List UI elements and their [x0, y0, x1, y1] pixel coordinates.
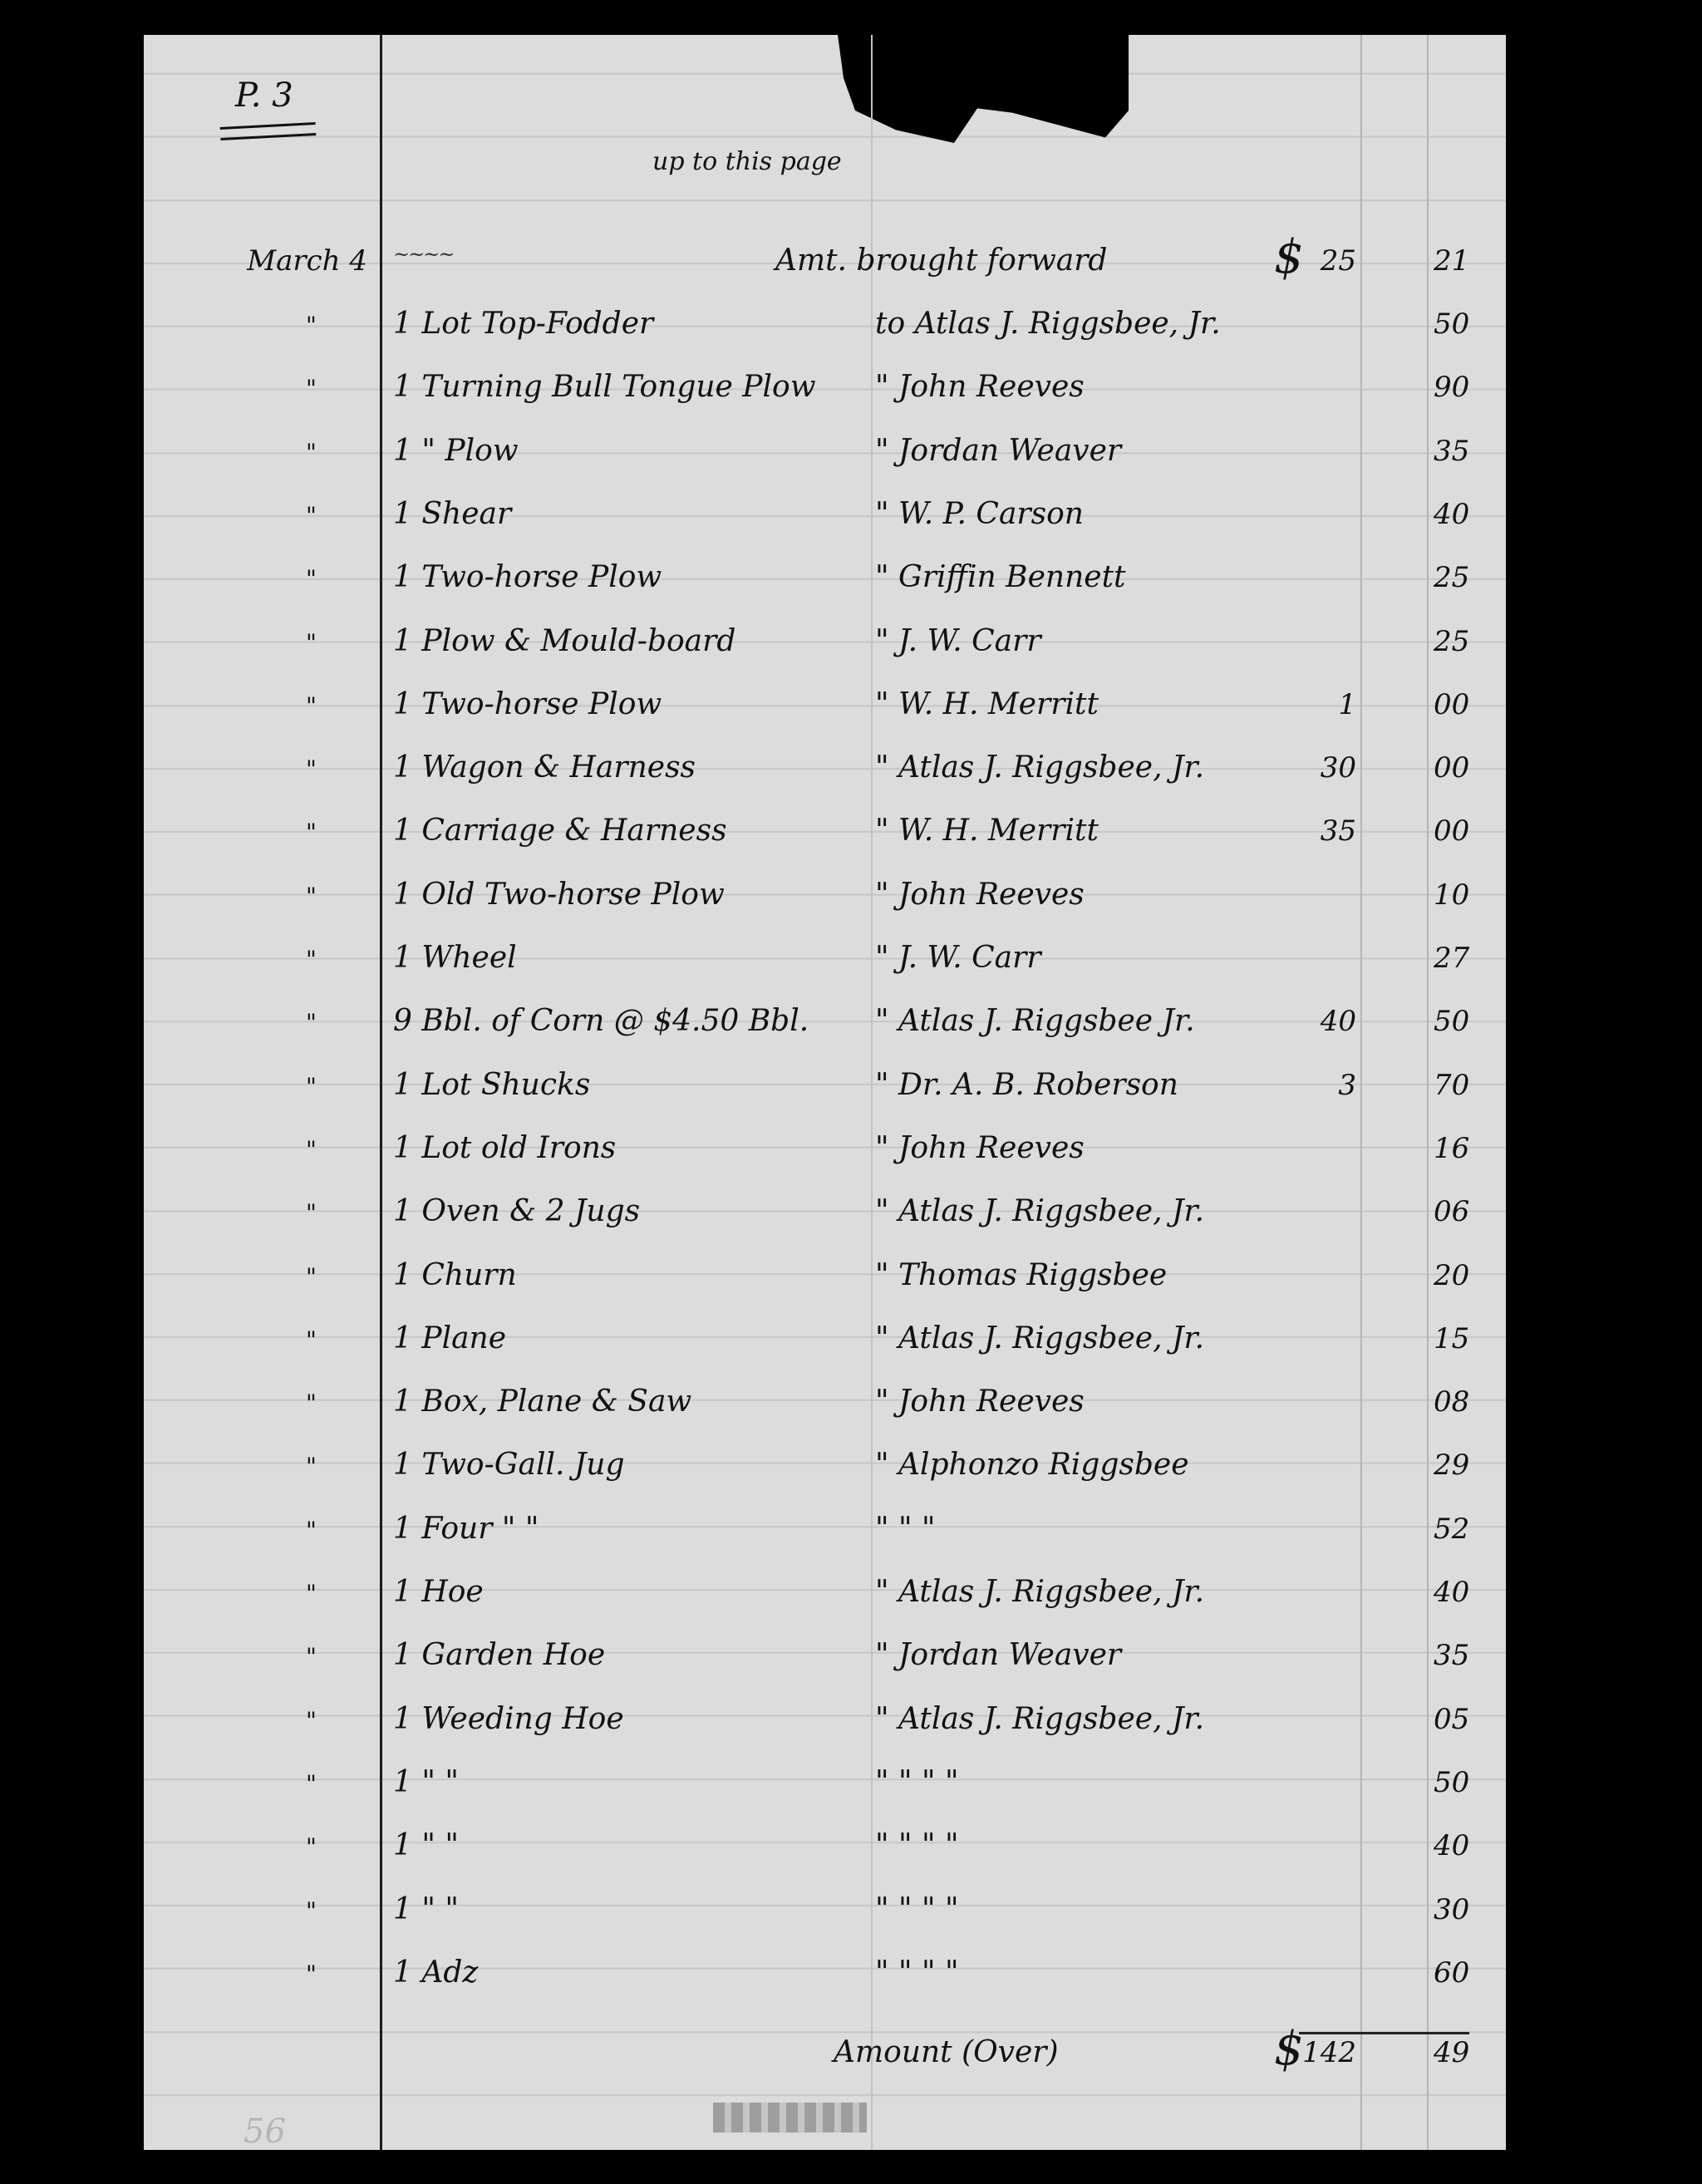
entry-item: 1 " " — [393, 1765, 459, 1799]
entry-dollars: 35 — [1321, 814, 1356, 848]
entry-cents: 70 — [1434, 1069, 1469, 1102]
entry-item: 1 Plane — [393, 1321, 506, 1355]
entry-date-ditto: " — [306, 312, 317, 339]
entry-cents: 20 — [1434, 1259, 1469, 1292]
entry-item: 1 Lot old Irons — [393, 1131, 616, 1165]
entry-item: 1 Plow & Mould-board — [393, 624, 735, 658]
entry-date: March 4 — [247, 244, 367, 278]
entry-cents: 27 — [1434, 942, 1469, 975]
ledger-row: " 1 Old Two-horse Plow " John Reeves 10 — [144, 855, 1506, 918]
ledger-row: " 1 Weeding Hoe " Atlas J. Riggsbee, Jr.… — [144, 1680, 1506, 1743]
entry-date-ditto: " — [306, 1770, 317, 1798]
brought-forward-label: Amt. brought forward — [775, 243, 1107, 278]
entry-cents: 90 — [1434, 371, 1469, 404]
entry-item: 1 Box, Plane & Saw — [393, 1385, 691, 1419]
entry-item: 1 Garden Hoe — [393, 1638, 605, 1672]
entry-date-ditto: " — [306, 883, 317, 910]
entry-item: 1 Old Two-horse Plow — [393, 878, 725, 912]
ledger-row: " 1 Plow & Mould-board " J. W. Carr 25 — [144, 602, 1506, 665]
entry-buyer: " Atlas J. Riggsbee, Jr. — [875, 1575, 1204, 1609]
entry-buyer: " J. W. Carr — [875, 941, 1041, 975]
entry-buyer: " W. H. Merritt — [875, 687, 1099, 721]
entry-date-ditto: " — [306, 1833, 317, 1861]
entry-dollars: 30 — [1321, 751, 1356, 785]
entry-buyer: " John Reeves — [875, 1131, 1085, 1165]
total-cents: 49 — [1434, 2036, 1469, 2069]
entry-item: 1 Hoe — [393, 1575, 484, 1609]
entry-buyer: " " " " — [875, 1828, 959, 1862]
entry-buyer: " Atlas J. Riggsbee, Jr. — [875, 1702, 1204, 1736]
entry-date-ditto: " — [306, 375, 317, 402]
entry-item: 1 Lot Shucks — [393, 1068, 590, 1102]
entry-item: 9 Bbl. of Corn @ $4.50 Bbl. — [393, 1004, 809, 1038]
entry-date-ditto: " — [306, 502, 317, 529]
entry-item: 1 Turning Bull Tongue Plow — [393, 370, 816, 404]
brought-forward-row: March 4 ~~~~ Amt. brought forward $ 25 2… — [144, 221, 1506, 284]
entry-cents: 10 — [1434, 878, 1469, 912]
entry-date-ditto: " — [306, 1897, 317, 1925]
ledger-row: " 1 " Plow " Jordan Weaver 35 — [144, 411, 1506, 475]
entry-date-ditto: " — [306, 1073, 317, 1100]
entry-item: 1 Wheel — [393, 941, 517, 975]
entry-cents: 16 — [1434, 1132, 1469, 1165]
entry-date-ditto: " — [306, 1009, 317, 1036]
entry-cents: 50 — [1434, 1005, 1469, 1038]
entry-buyer: " " " " — [875, 1765, 959, 1799]
entry-buyer: " W. P. Carson — [875, 497, 1084, 531]
page-label: P. 3 — [235, 76, 293, 115]
ledger-row: " 1 Wheel " J. W. Carr 27 — [144, 918, 1506, 981]
entry-date-ditto: " — [306, 1326, 317, 1354]
amount-dollars: 25 — [1321, 244, 1356, 278]
entry-dollars: 40 — [1321, 1005, 1356, 1038]
entry-date-ditto: " — [306, 565, 317, 593]
entry-cents: 40 — [1434, 498, 1469, 531]
ledger-row: " 1 Shear " W. P. Carson 40 — [144, 475, 1506, 538]
entry-date-ditto: " — [306, 1199, 317, 1227]
ledger-row: " 1 Churn " Thomas Riggsbee 20 — [144, 1236, 1506, 1299]
entry-buyer: " " " " — [875, 1892, 959, 1926]
total-dollars: 142 — [1302, 2036, 1356, 2069]
entry-buyer: " Dr. A. B. Roberson — [875, 1068, 1178, 1102]
ledger-row: " 1 Plane " Atlas J. Riggsbee, Jr. 15 — [144, 1299, 1506, 1362]
entry-item: 1 Adz — [393, 1955, 478, 1990]
entry-cents: 40 — [1434, 1576, 1469, 1609]
entry-item: 1 Churn — [393, 1258, 517, 1292]
entry-buyer: " John Reeves — [875, 370, 1085, 404]
entry-cents: 35 — [1434, 435, 1469, 468]
ledger-row: " 1 Four " " " " " 52 — [144, 1489, 1506, 1552]
entry-buyer: " " " — [875, 1512, 936, 1546]
entry-cents: 06 — [1434, 1195, 1469, 1228]
entry-item: 1 Two-horse Plow — [393, 560, 662, 594]
entry-cents: 30 — [1434, 1893, 1469, 1926]
entry-dollars: 3 — [1338, 1069, 1356, 1102]
entry-item: 1 Lot Top-Fodder — [393, 307, 653, 341]
entry-item: 1 " Plow — [393, 434, 519, 468]
torn-hole — [838, 35, 1129, 143]
dollar-sign-icon: $ — [1274, 230, 1304, 284]
ledger-row: " 1 Two-Gall. Jug " Alphonzo Riggsbee 29 — [144, 1425, 1506, 1488]
entry-cents: 60 — [1434, 1956, 1469, 1990]
entry-buyer: " " " " — [875, 1955, 959, 1990]
entry-buyer: " John Reeves — [875, 878, 1085, 912]
entry-date-ditto: " — [306, 1580, 317, 1607]
entry-date-ditto: " — [306, 1136, 317, 1163]
entry-buyer: " Alphonzo Riggsbee — [875, 1448, 1189, 1482]
entry-item: 1 Wagon & Harness — [393, 750, 696, 785]
entry-item: 1 Four " " — [393, 1512, 539, 1546]
ledger-row: " 1 Lot Shucks " Dr. A. B. Roberson 3 70 — [144, 1045, 1506, 1109]
entry-cents: 00 — [1434, 688, 1469, 721]
ledger-row: " 1 Wagon & Harness " Atlas J. Riggsbee,… — [144, 728, 1506, 791]
entry-date-ditto: " — [306, 1643, 317, 1670]
margin-pencil-note: 56 — [243, 2113, 286, 2151]
entry-date-ditto: " — [306, 629, 317, 657]
entry-date-ditto: " — [306, 946, 317, 973]
archive-stamp — [713, 2103, 867, 2132]
entry-date-ditto: " — [306, 439, 317, 466]
ledger-row: " 1 " " " " " " 40 — [144, 1806, 1506, 1869]
ledger-row: " 1 Hoe " Atlas J. Riggsbee, Jr. 40 — [144, 1552, 1506, 1616]
entry-date-ditto: " — [306, 755, 317, 783]
entry-cents: 50 — [1434, 307, 1469, 341]
ledger-row: " 1 " " " " " " 50 — [144, 1743, 1506, 1806]
entry-buyer: " Jordan Weaver — [875, 1638, 1121, 1672]
entry-item: 1 Carriage & Harness — [393, 814, 727, 848]
entry-buyer: " John Reeves — [875, 1385, 1085, 1419]
entry-date-ditto: " — [306, 1390, 317, 1417]
page-note: up to this page — [652, 147, 842, 176]
entry-buyer: " Atlas J. Riggsbee Jr. — [875, 1004, 1195, 1038]
entry-cents: 50 — [1434, 1766, 1469, 1799]
ledger-row: " 1 Box, Plane & Saw " John Reeves 08 — [144, 1362, 1506, 1425]
entry-date-ditto: " — [306, 819, 317, 846]
entry-cents: 00 — [1434, 751, 1469, 785]
ledger-row: " 1 Garden Hoe " Jordan Weaver 35 — [144, 1616, 1506, 1679]
entry-buyer: " Atlas J. Riggsbee, Jr. — [875, 1321, 1204, 1355]
ledger-row: " 1 Lot old Irons " John Reeves 16 — [144, 1109, 1506, 1172]
entry-date-ditto: " — [306, 1960, 317, 1988]
entry-item: 1 Oven & 2 Jugs — [393, 1194, 640, 1228]
entry-buyer: " Atlas J. Riggsbee, Jr. — [875, 1194, 1204, 1228]
ledger-row: " 1 Carriage & Harness " W. H. Merritt 3… — [144, 791, 1506, 854]
entry-item: 1 " " — [393, 1892, 459, 1926]
entry-buyer: " Thomas Riggsbee — [875, 1258, 1167, 1292]
ledger-page: P. 3 up to this page March 4 ~~~~ Amt. b… — [144, 35, 1506, 2150]
entry-date-ditto: " — [306, 1453, 317, 1480]
dash-filler: ~~~~ — [393, 243, 453, 266]
ledger-row: " 1 Two-horse Plow " W. H. Merritt 1 00 — [144, 665, 1506, 728]
dollar-sign-icon: $ — [1274, 2022, 1304, 2076]
entry-cents: 00 — [1434, 814, 1469, 848]
page-label-underline — [220, 122, 317, 140]
ledger-row: " 1 Two-horse Plow " Griffin Bennett 25 — [144, 538, 1506, 601]
amount-cents: 21 — [1434, 244, 1469, 278]
ledger-row: " 9 Bbl. of Corn @ $4.50 Bbl. " Atlas J.… — [144, 981, 1506, 1045]
entry-item: 1 Shear — [393, 497, 511, 531]
entry-cents: 08 — [1434, 1385, 1469, 1419]
entry-buyer: " Griffin Bennett — [875, 560, 1126, 594]
entry-cents: 29 — [1434, 1449, 1469, 1482]
entry-buyer: to Atlas J. Riggsbee, Jr. — [875, 307, 1221, 341]
entry-cents: 35 — [1434, 1639, 1469, 1672]
entry-date-ditto: " — [306, 1517, 317, 1544]
entry-item: 1 Weeding Hoe — [393, 1702, 624, 1736]
entry-cents: 40 — [1434, 1829, 1469, 1862]
entry-buyer: " Atlas J. Riggsbee, Jr. — [875, 750, 1204, 785]
ledger-row: " 1 " " " " " " 30 — [144, 1870, 1506, 1933]
ledger-row: " 1 Oven & 2 Jugs " Atlas J. Riggsbee, J… — [144, 1172, 1506, 1235]
entry-cents: 52 — [1434, 1513, 1469, 1546]
entry-cents: 15 — [1434, 1322, 1469, 1355]
entry-date-ditto: " — [306, 692, 317, 720]
total-row: Amount (Over) $ 142 49 — [144, 2013, 1506, 2076]
entry-item: 1 " " — [393, 1828, 459, 1862]
entry-buyer: " J. W. Carr — [875, 624, 1041, 658]
entry-cents: 25 — [1434, 561, 1469, 594]
total-label: Amount (Over) — [834, 2035, 1059, 2069]
entry-date-ditto: " — [306, 1707, 317, 1734]
entry-item: 1 Two-horse Plow — [393, 687, 662, 721]
entry-buyer: " Jordan Weaver — [875, 434, 1121, 468]
ledger-row: " 1 Turning Bull Tongue Plow " John Reev… — [144, 347, 1506, 411]
ledger-row: " 1 Lot Top-Fodder to Atlas J. Riggsbee,… — [144, 284, 1506, 347]
entry-buyer: " W. H. Merritt — [875, 814, 1099, 848]
entry-cents: 25 — [1434, 625, 1469, 658]
ledger-row: " 1 Adz " " " " 60 — [144, 1933, 1506, 1996]
entry-cents: 05 — [1434, 1703, 1469, 1736]
entry-date-ditto: " — [306, 1263, 317, 1291]
entry-item: 1 Two-Gall. Jug — [393, 1448, 625, 1482]
entry-dollars: 1 — [1338, 688, 1356, 721]
